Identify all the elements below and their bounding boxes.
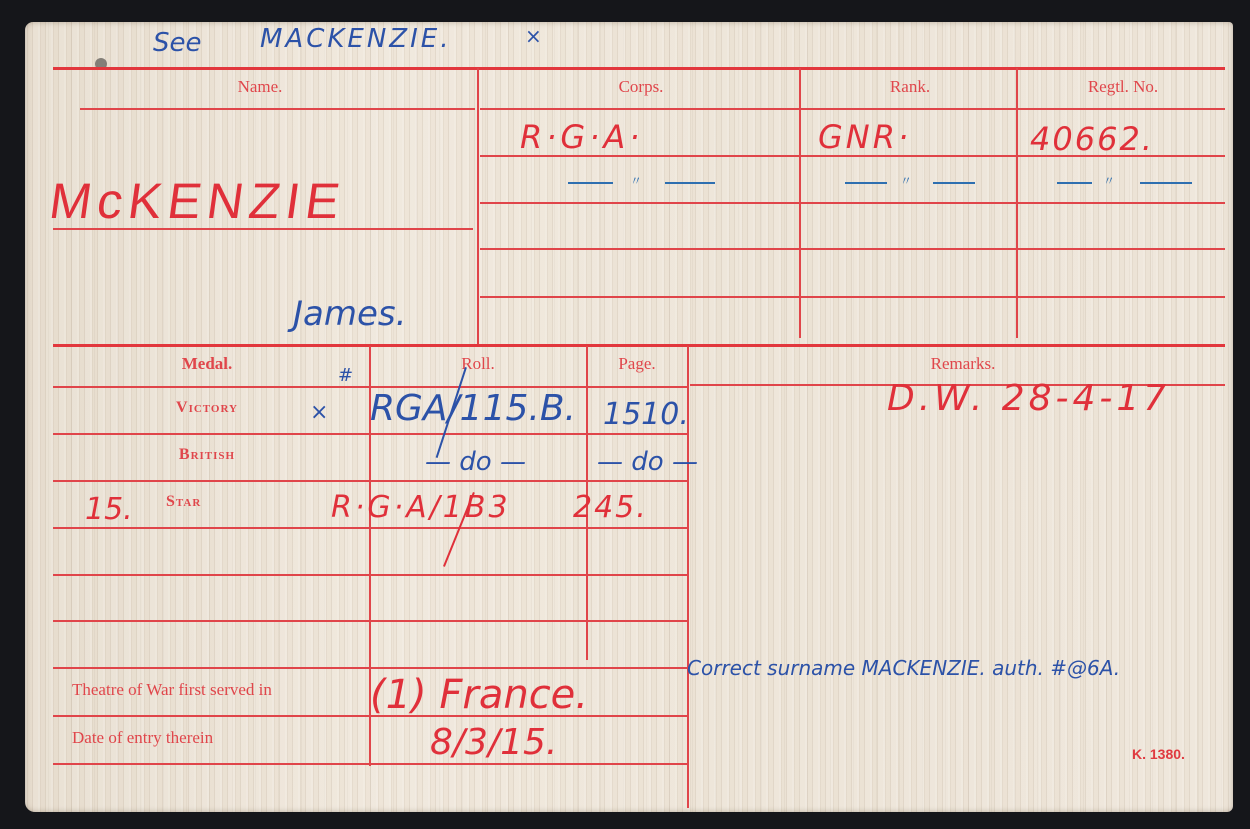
rule (480, 248, 1225, 250)
medal-star-label: Star (166, 493, 201, 511)
ditto-dash (665, 182, 715, 184)
see-note-surname: MACKENZIE. (260, 24, 451, 54)
victory-roll-value: RGA/115.B. (370, 388, 576, 429)
medal-index-card: See MACKENZIE. × Name. Corps. Rank. Regt… (25, 22, 1233, 812)
see-note-cross-mark: × (525, 24, 542, 48)
remarks-value: D.W. 28-4-17 (887, 378, 1170, 419)
rule (80, 108, 475, 110)
corps-header: Corps. (619, 77, 664, 97)
star-roll-value: R·G·A/1B3 (331, 490, 511, 525)
remarks-header: Remarks. (931, 354, 996, 374)
top-rule (53, 67, 1225, 70)
page-header: Page. (618, 354, 655, 374)
rank-header: Rank. (890, 77, 930, 97)
rule (480, 108, 1225, 110)
ditto-dash (1140, 182, 1192, 184)
surname-value: McKENZIE (46, 172, 349, 230)
divider (799, 68, 801, 338)
ditto-mark: 〃 (630, 172, 642, 189)
ditto-dash (568, 182, 613, 184)
victory-page-value: 1510. (603, 397, 689, 432)
victory-cross-mark: × (310, 400, 328, 425)
medal-header: Medal. (182, 354, 233, 374)
divider (477, 68, 479, 344)
star-page-value: 245. (573, 490, 648, 525)
ditto-dash (933, 182, 975, 184)
ditto-mark: 〃 (900, 172, 912, 189)
name-header: Name. (238, 77, 283, 97)
medal-victory-label: Victory (176, 399, 238, 417)
rank-value: GNR· (818, 118, 911, 156)
british-roll-value: — do — (425, 447, 526, 477)
see-note-prefix: See (153, 28, 202, 58)
regtl-no-value: 40662. (1030, 120, 1154, 158)
british-page-value: — do — (597, 447, 698, 477)
regtl-no-header: Regtl. No. (1088, 77, 1158, 97)
theatre-label: Theatre of War first served in (72, 680, 272, 700)
victory-hash-mark: # (338, 365, 353, 386)
middle-rule (53, 344, 1225, 347)
rule (480, 296, 1225, 298)
rule (480, 202, 1225, 204)
corps-value: R·G·A· (520, 118, 643, 156)
forename-value: James. (293, 294, 406, 334)
entry-date-label: Date of entry therein (72, 728, 213, 748)
surname-correction-note: Correct surname MACKENZIE. auth. #@6A. (687, 656, 1120, 680)
star-prefix: 15. (85, 492, 133, 527)
ditto-dash (845, 182, 887, 184)
theatre-value: (1) France. (370, 672, 588, 718)
divider (1016, 68, 1018, 338)
medal-british-label: British (179, 446, 235, 464)
ditto-mark: 〃 (1103, 172, 1115, 189)
roll-header: Roll. (461, 354, 495, 374)
ditto-dash (1057, 182, 1092, 184)
entry-date-value: 8/3/15. (430, 722, 557, 763)
form-number: K. 1380. (1132, 746, 1185, 762)
